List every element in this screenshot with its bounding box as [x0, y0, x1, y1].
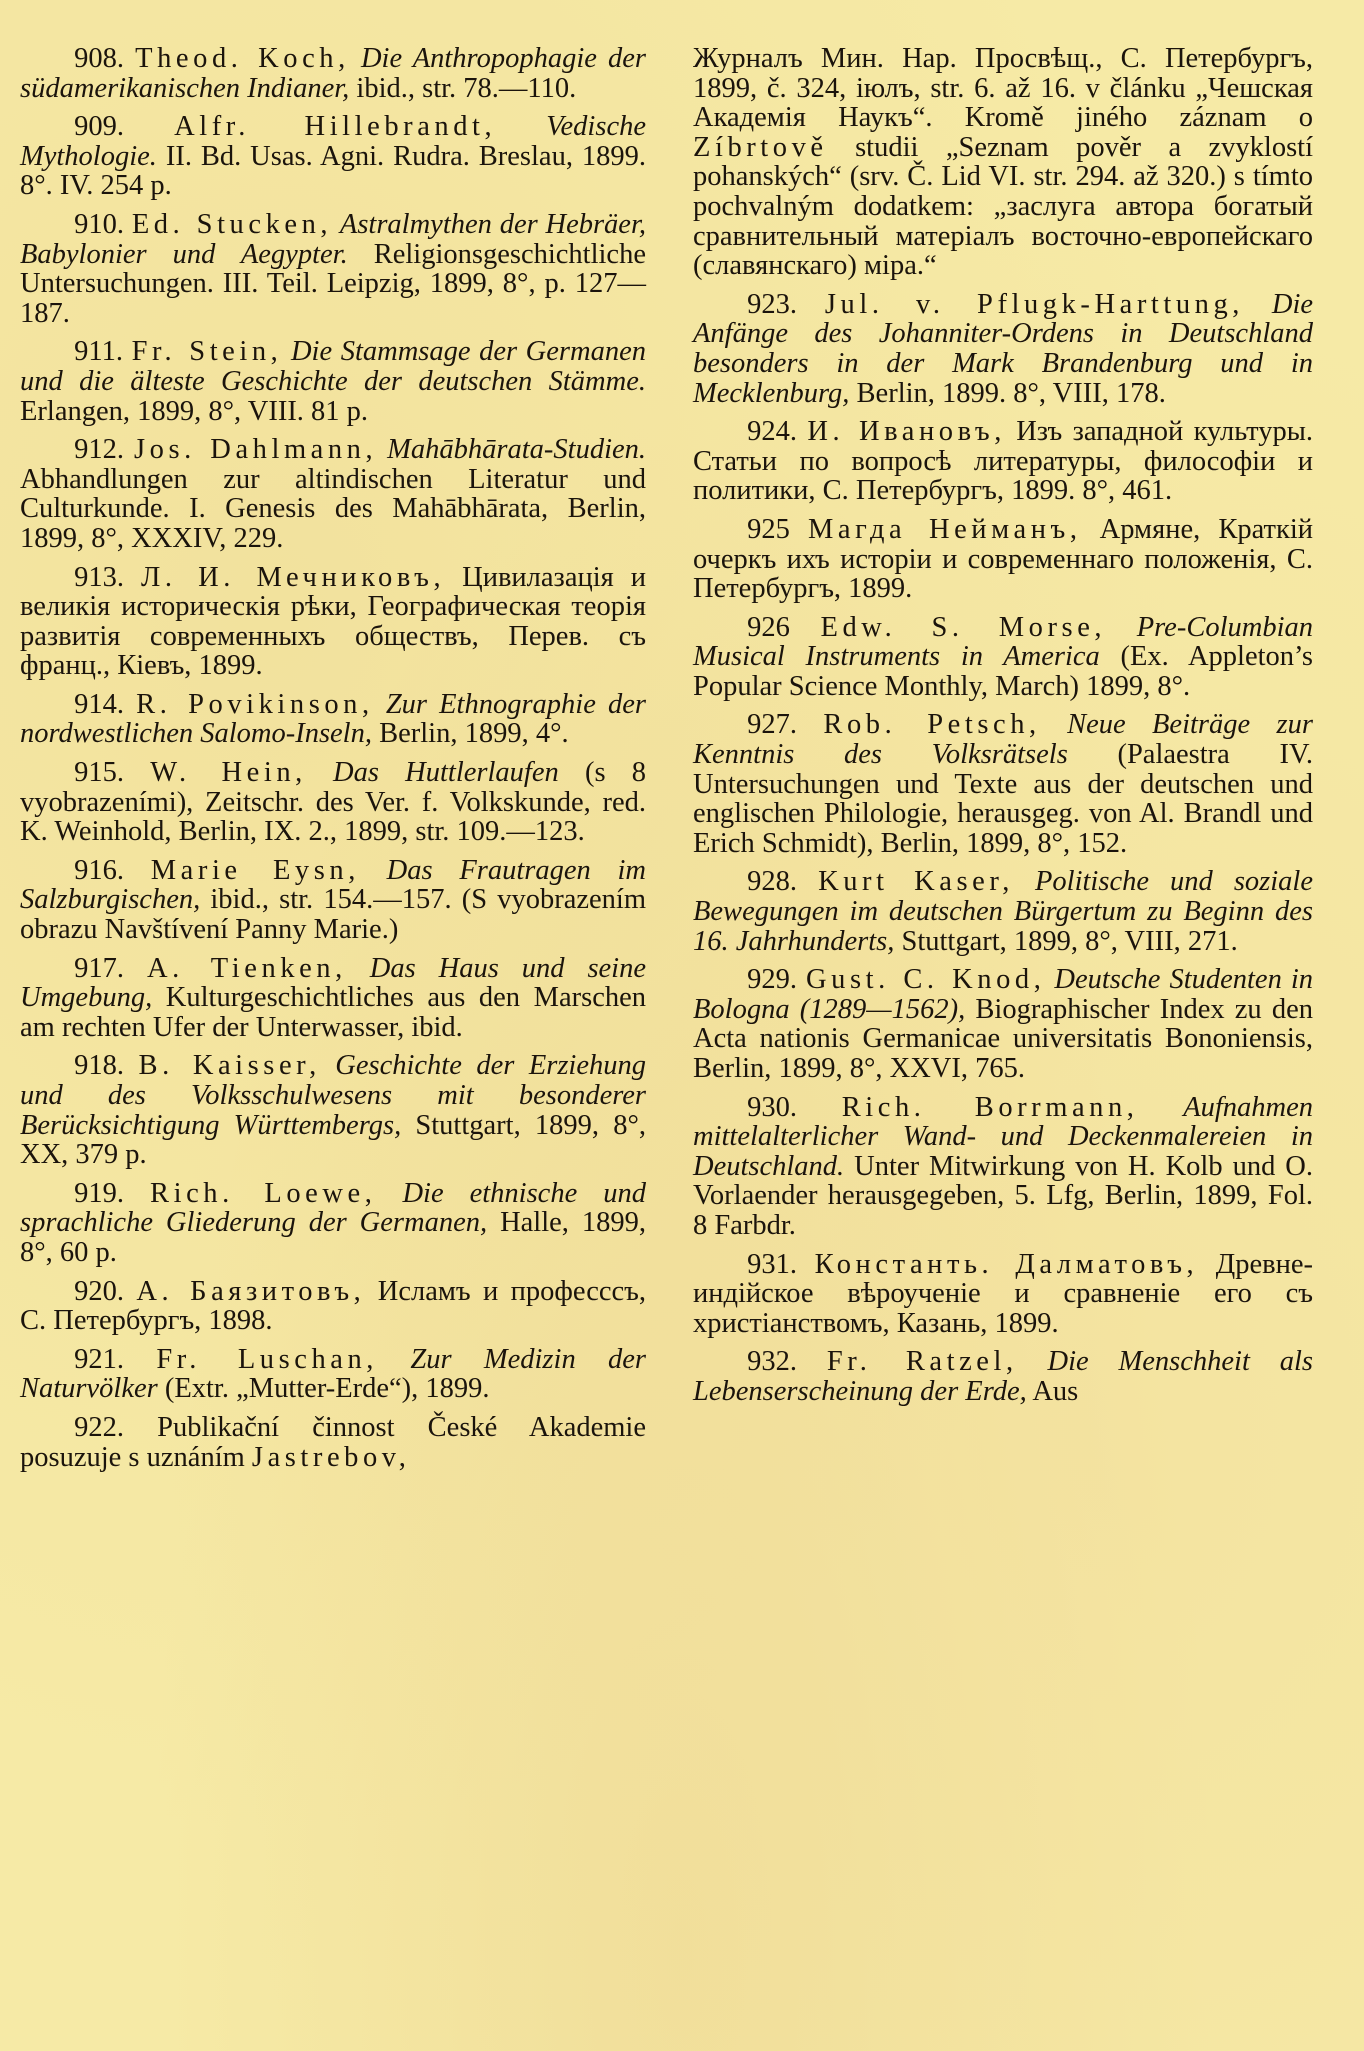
entry-details: ibid., str. 78.—110. [356, 73, 576, 104]
entry-number: 909. [74, 111, 124, 142]
entry-923: 923. Jul. v. Pflugk-Harttung, Die Anfäng… [693, 290, 1313, 408]
entry-number: 910. [74, 209, 124, 240]
entry-number: 925 [747, 514, 790, 545]
entry-number: 922. [74, 1412, 124, 1443]
entry-926: 926 Edw. S. Morse, Pre-Columbian Musical… [693, 613, 1313, 702]
entry-929: 929. Gust. C. Knod, Deutsche Studenten i… [693, 965, 1313, 1083]
entry-922: 922. Publikační činnost České Akademie p… [20, 1413, 646, 1472]
entry-author: Ed. Stucken, [132, 209, 332, 240]
entry-number: 915. [74, 757, 124, 788]
entry-details: (Extr. „Mutter-Erde“), 1899. [165, 1373, 490, 1404]
entry-917: 917. A. Tienken, Das Haus und seine Umge… [20, 954, 646, 1043]
entry-author: W. Hein, [150, 757, 307, 788]
entry-author: A. Tienken, [147, 953, 347, 984]
entry-908: 908. Theod. Koch, Die Anthropophagie der… [20, 44, 646, 103]
entry-author: Jastrebov, [252, 1442, 411, 1473]
entry-details: Berlin, 1899. 8°, VIII, 178. [857, 378, 1166, 409]
scanned-page: 908. Theod. Koch, Die Anthropophagie der… [0, 0, 1364, 2051]
entry-number: 911. [74, 336, 123, 367]
entry-title: Mahābhārata-Studien. [387, 434, 646, 465]
entry-details: Berlin, 1899, 4°. [379, 718, 569, 749]
entry-author: Jos. Dahlmann, [134, 434, 377, 465]
entry-title: Das Huttlerlaufen [333, 757, 559, 788]
entry-919: 919. Rich. Loewe, Die ethnische und spra… [20, 1179, 646, 1268]
entry-author: Магда Нейманъ, [808, 514, 1081, 545]
entry-author: И. Ивановъ, [807, 416, 1006, 447]
entry-930: 930. Rich. Borrmann, Aufnahmen mittelalt… [693, 1093, 1313, 1241]
entry-author: Fr. Stein, [132, 336, 283, 367]
entry-912: 912. Jos. Dahlmann, Mahābhārata-Studien.… [20, 435, 646, 553]
entry-number: 923. [747, 289, 797, 320]
entry-number: 932. [747, 1346, 797, 1377]
entry-number: 929. [747, 964, 797, 995]
entry-details: Aus [1032, 1376, 1078, 1407]
entry-number: 920. [74, 1276, 124, 1307]
entry-928: 928. Kurt Kaser, Politische und soziale … [693, 867, 1313, 956]
entry-number: 921. [74, 1344, 124, 1375]
entry-920: 920. А. Баязитовъ, Исламъ и професссъ, С… [20, 1277, 646, 1336]
entry-921: 921. Fr. Luschan, Zur Medizin der Naturv… [20, 1345, 646, 1404]
entry-author: Л. И. Мечниковъ, [141, 562, 445, 593]
entry-927: 927. Rob. Petsch, Neue Beiträge zur Kenn… [693, 710, 1313, 858]
entry-911: 911. Fr. Stein, Die Stammsage der German… [20, 337, 646, 426]
entry-number: 919. [74, 1178, 124, 1209]
entry-924: 924. И. Ивановъ, Изъ западной культуры. … [693, 417, 1313, 506]
entry-author: Rich. Borrmann, [842, 1092, 1139, 1123]
entry-914: 914. R. Povikinson, Zur Ethnographie der… [20, 690, 646, 749]
entry-number: 928. [747, 866, 797, 897]
entry-number: 908. [74, 43, 124, 74]
entry-author: Константь. Далматовъ, [815, 1249, 1199, 1280]
entry-number: 912. [74, 434, 124, 465]
entry-author: А. Баязитовъ, [136, 1276, 365, 1307]
entry-author: Marie Eysn, [151, 855, 360, 886]
entry-author: Theod. Koch, [135, 43, 350, 74]
entry-author: Rob. Petsch, [823, 709, 1040, 740]
entry-918: 918. B. Kaisser, Geschichte der Erziehun… [20, 1051, 646, 1169]
entry-details: Журналъ Мин. Нар. Просвѣщ., С. Петербург… [693, 43, 1313, 133]
entry-909: 909. Alfr. Hillebrandt, Vedische Mytholo… [20, 112, 646, 201]
entry-author: Zíbrtově [693, 132, 828, 163]
entry-author: R. Povikinson, [136, 689, 374, 720]
entry-author: Kurt Kaser, [818, 866, 1014, 897]
entry-number: 931. [747, 1249, 797, 1280]
entry-author: Alfr. Hillebrandt, [174, 111, 496, 142]
entry-number: 924. [747, 416, 797, 447]
entry-details: Stuttgart, 1899, 8°, VIII, 271. [901, 926, 1237, 957]
left-column: 908. Theod. Koch, Die Anthropophagie der… [20, 44, 646, 1481]
entry-913: 913. Л. И. Мечниковъ, Цивилазація и вели… [20, 563, 646, 681]
entry-number: 913. [74, 562, 124, 593]
entry-number: 926 [747, 612, 790, 643]
entry-author: Gust. C. Knod, [806, 964, 1045, 995]
entry-author: Fr. Ratzel, [827, 1346, 1018, 1377]
entry-number: 916. [74, 855, 124, 886]
entry-author: Fr. Luschan, [156, 1344, 378, 1375]
entry-number: 930. [747, 1092, 797, 1123]
entry-931: 931. Константь. Далматовъ, Древне-индійс… [693, 1250, 1313, 1339]
right-column: Журналъ Мин. Нар. Просвѣщ., С. Петербург… [693, 44, 1313, 1416]
entry-925: 925 Магда Нейманъ, Армяне, Краткій очерк… [693, 515, 1313, 604]
entry-author: Edw. S. Morse, [821, 612, 1107, 643]
entry-922-continued: Журналъ Мин. Нар. Просвѣщ., С. Петербург… [693, 44, 1313, 281]
entry-author: B. Kaisser, [139, 1050, 321, 1081]
entry-932: 932. Fr. Ratzel, Die Menschheit als Lebe… [693, 1347, 1313, 1406]
entry-number: 918. [74, 1050, 124, 1081]
entry-915: 915. W. Hein, Das Huttlerlaufen (s 8 vyo… [20, 758, 646, 847]
entry-916: 916. Marie Eysn, Das Frautragen im Salzb… [20, 856, 646, 945]
entry-details: Erlangen, 1899, 8°, VIII. 81 p. [20, 396, 368, 427]
entry-number: 927. [747, 709, 797, 740]
entry-number: 917. [74, 953, 124, 984]
entry-author: Rich. Loewe, [150, 1178, 376, 1209]
entry-number: 914. [74, 689, 124, 720]
entry-910: 910. Ed. Stucken, Astralmythen der Hebrä… [20, 210, 646, 328]
entry-author: Jul. v. Pflugk-Harttung, [825, 289, 1244, 320]
entry-details: Abhandlungen zur altindischen Literatur … [20, 464, 646, 554]
